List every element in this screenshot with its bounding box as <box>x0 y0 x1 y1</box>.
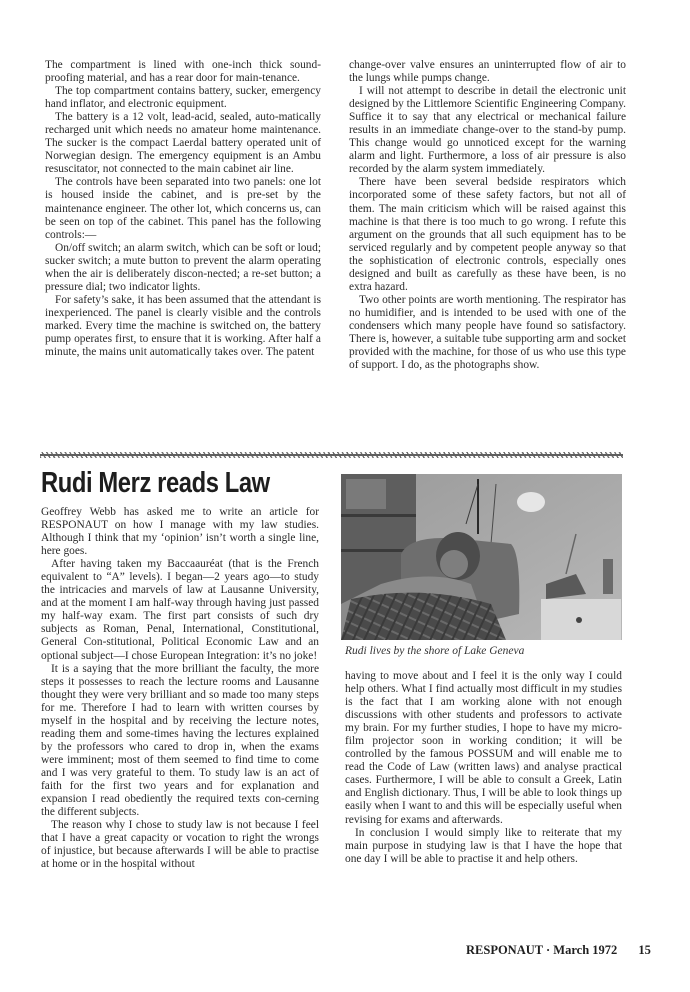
paragraph: Geoffrey Webb has asked me to write an a… <box>41 506 319 558</box>
paragraph: On/off switch; an alarm switch, which ca… <box>45 242 321 294</box>
article-photo <box>341 474 622 640</box>
paragraph: In conclusion I would simply like to rei… <box>345 827 622 866</box>
paragraph: After having taken my Baccaauréat (that … <box>41 558 319 662</box>
article-left-column: Geoffrey Webb has asked me to write an a… <box>41 506 319 871</box>
paragraph: having to move about and I feel it is th… <box>345 670 622 827</box>
page-number: 15 <box>638 943 651 957</box>
section-divider <box>40 452 623 458</box>
article-headline: Rudi Merz reads Law <box>41 466 270 500</box>
paragraph: There have been several bedside respirat… <box>349 176 626 293</box>
page-footer: RESPONAUT · March 1972 15 <box>466 943 651 958</box>
paragraph: The battery is a 12 volt, lead-acid, sea… <box>45 111 321 176</box>
photo-caption: Rudi lives by the shore of Lake Geneva <box>345 645 622 657</box>
paragraph: Two other points are worth mentioning. T… <box>349 294 626 372</box>
top-left-column: The compartment is lined with one-inch t… <box>45 59 321 359</box>
paragraph: The controls have been separated into tw… <box>45 176 321 241</box>
paragraph: The compartment is lined with one-inch t… <box>45 59 321 85</box>
paragraph: For safety’s sake, it has been assumed t… <box>45 294 321 359</box>
paragraph: The reason why I chose to study law is n… <box>41 819 319 871</box>
paragraph: change-over valve ensures an uninterrupt… <box>349 59 626 85</box>
photo-illustration <box>341 474 622 640</box>
paragraph: It is a saying that the more brilliant t… <box>41 663 319 820</box>
paragraph: I will not attempt to describe in detail… <box>349 85 626 176</box>
publication-name: RESPONAUT · March 1972 <box>466 943 617 957</box>
paragraph: The top compartment contains battery, su… <box>45 85 321 111</box>
top-right-column: change-over valve ensures an uninterrupt… <box>349 59 626 372</box>
article-right-column: having to move about and I feel it is th… <box>345 670 622 866</box>
